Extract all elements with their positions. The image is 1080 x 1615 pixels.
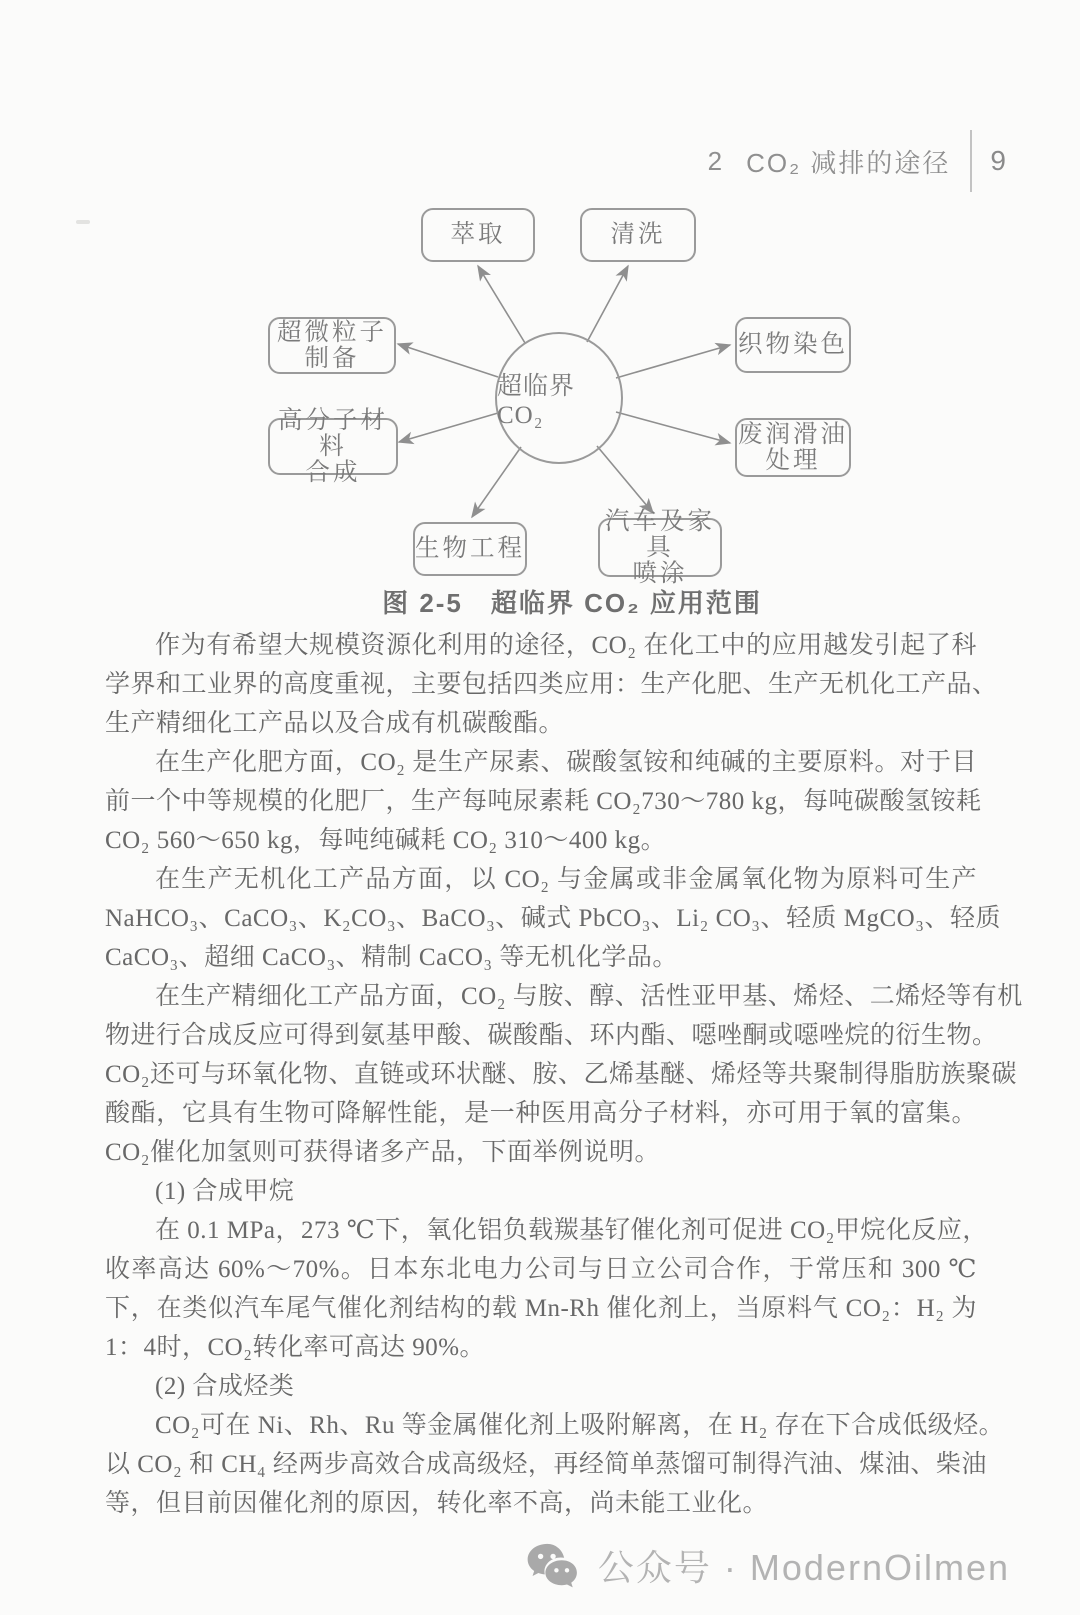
body-line: 在 0.1 MPa，273 ℃下，氧化铝负载羰基钌催化剂可促进 CO₂甲烷化反应…	[105, 1211, 977, 1250]
hub-label: 超临界CO₂	[497, 366, 621, 430]
node-label-line: 高分子材料	[270, 408, 396, 460]
node-label-line: 清洗	[611, 222, 666, 248]
body-line: 前一个中等规模的化肥厂，生产每吨尿素耗 CO₂730～780 kg，每吨碳酸氢铵…	[105, 782, 977, 821]
body-line: (2) 合成烃类	[105, 1367, 977, 1406]
book-page: 2 CO₂ 减排的途径 9 萃取清洗超微粒子制备织物染色高分子材料合成废润滑油处…	[0, 0, 1080, 1615]
body-line: (1) 合成甲烷	[105, 1172, 977, 1211]
section-heading: (2) 合成烃类	[105, 1367, 977, 1406]
body-paragraph: 作为有希望大规模资源化利用的途径，CO₂ 在化工中的应用越发引起了科学界和工业界…	[105, 626, 977, 743]
diagram-hub-supercritical-co2: 超临界CO₂	[495, 332, 623, 464]
node-label-line: 废润滑油	[738, 422, 848, 448]
body-line: 物进行合成反应可得到氨基甲酸、碳酸酯、环内酯、噁唑酮或噁唑烷的衍生物。	[105, 1016, 977, 1055]
body-line: 在生产精细化工产品方面，CO₂ 与胺、醇、活性亚甲基、烯烃、二烯烃等有机	[105, 977, 977, 1016]
node-label-line: 超微粒子	[277, 320, 387, 346]
node-label-line: 处理	[766, 448, 821, 474]
diagram-node-bioengineering: 生物工程	[413, 522, 527, 576]
body-line: 收率高达 60%～70%。日本东北电力公司与日立公司合作，于常压和 300 ℃	[105, 1250, 977, 1289]
section-heading: (1) 合成甲烷	[105, 1172, 977, 1211]
body-line: CO₂可在 Ni、Rh、Ru 等金属催化剂上吸附解离，在 H₂ 存在下合成低级烃…	[105, 1406, 977, 1445]
body-line: 作为有希望大规模资源化利用的途径，CO₂ 在化工中的应用越发引起了科	[105, 626, 977, 665]
body-paragraph: 在生产精细化工产品方面，CO₂ 与胺、醇、活性亚甲基、烯烃、二烯烃等有机物进行合…	[105, 977, 977, 1172]
wechat-footer: 公众号 · ModernOilmen	[526, 1540, 1010, 1591]
body-line: CO₂还可与环氧化物、直链或环状醚、胺、乙烯基醚、烯烃等共聚制得脂肪族聚碳	[105, 1055, 977, 1094]
wechat-account-label: 公众号 · ModernOilmen	[598, 1540, 1010, 1591]
body-line: CO₂催化加氢则可获得诸多产品，下面举例说明。	[105, 1133, 977, 1172]
body-text: 作为有希望大规模资源化利用的途径，CO₂ 在化工中的应用越发引起了科学界和工业界…	[105, 626, 977, 1523]
body-line: CaCO₃、超细 CaCO₃、精制 CaCO₃ 等无机化学品。	[105, 938, 977, 977]
node-label-line: 织物染色	[738, 332, 848, 358]
diagram-node-extraction: 萃取	[421, 208, 535, 262]
body-line: 在生产无机化工产品方面，以 CO₂ 与金属或非金属氧化物为原料可生产	[105, 860, 977, 899]
body-line: 以 CO₂ 和 CH₄ 经两步高效合成高级烃，再经简单蒸馏可制得汽油、煤油、柴油	[105, 1445, 977, 1484]
node-label-line: 合成	[306, 460, 361, 486]
body-line: 在生产化肥方面，CO₂ 是生产尿素、碳酸氢铵和纯碱的主要原料。对于目	[105, 743, 977, 782]
body-line: NaHCO₃、CaCO₃、K₂CO₃、BaCO₃、碱式 PbCO₃、Li₂ CO…	[105, 899, 977, 938]
supercritical-co2-diagram: 萃取清洗超微粒子制备织物染色高分子材料合成废润滑油处理生物工程汽车及家具喷涂 超…	[0, 0, 1080, 620]
body-paragraph: 在 0.1 MPa，273 ℃下，氧化铝负载羰基钌催化剂可促进 CO₂甲烷化反应…	[105, 1211, 977, 1367]
body-paragraph: 在生产化肥方面，CO₂ 是生产尿素、碳酸氢铵和纯碱的主要原料。对于目前一个中等规…	[105, 743, 977, 860]
body-paragraph: 在生产无机化工产品方面，以 CO₂ 与金属或非金属氧化物为原料可生产NaHCO₃…	[105, 860, 977, 977]
diagram-node-cleaning: 清洗	[580, 208, 696, 262]
body-line: 1：4时，CO₂转化率可高达 90%。	[105, 1328, 977, 1367]
node-label-line: 制备	[305, 346, 360, 372]
node-label-line: 生物工程	[415, 536, 525, 562]
diagram-node-waste-lube-oil-treatment: 废润滑油处理	[735, 418, 851, 477]
diagram-node-auto-furniture-coating: 汽车及家具喷涂	[598, 518, 722, 577]
figure-caption: 图 2-5 超临界 CO₂ 应用范围	[32, 583, 1080, 620]
node-label-line: 汽车及家具	[600, 509, 720, 561]
diagram-node-ultrafine-particle-prep: 超微粒子制备	[268, 317, 396, 374]
body-paragraph: CO₂可在 Ni、Rh、Ru 等金属催化剂上吸附解离，在 H₂ 存在下合成低级烃…	[105, 1406, 977, 1523]
body-line: 学界和工业界的高度重视，主要包括四类应用：生产化肥、生产无机化工产品、	[105, 665, 977, 704]
body-line: CO₂ 560～650 kg，每吨纯碱耗 CO₂ 310～400 kg。	[105, 821, 977, 860]
wechat-icon	[526, 1542, 584, 1590]
body-line: 生产精细化工产品以及合成有机碳酸酯。	[105, 704, 977, 743]
diagram-node-fabric-dyeing: 织物染色	[735, 317, 851, 373]
body-line: 等，但目前因催化剂的原因，转化率不高，尚未能工业化。	[105, 1484, 977, 1523]
body-line: 酸酯，它具有生物可降解性能，是一种医用高分子材料，亦可用于氧的富集。	[105, 1094, 977, 1133]
node-label-line: 萃取	[451, 222, 506, 248]
body-line: 下，在类似汽车尾气催化剂结构的载 Mn-Rh 催化剂上，当原料气 CO₂：H₂ …	[105, 1289, 977, 1328]
diagram-node-polymer-material-synthesis: 高分子材料合成	[268, 418, 398, 475]
